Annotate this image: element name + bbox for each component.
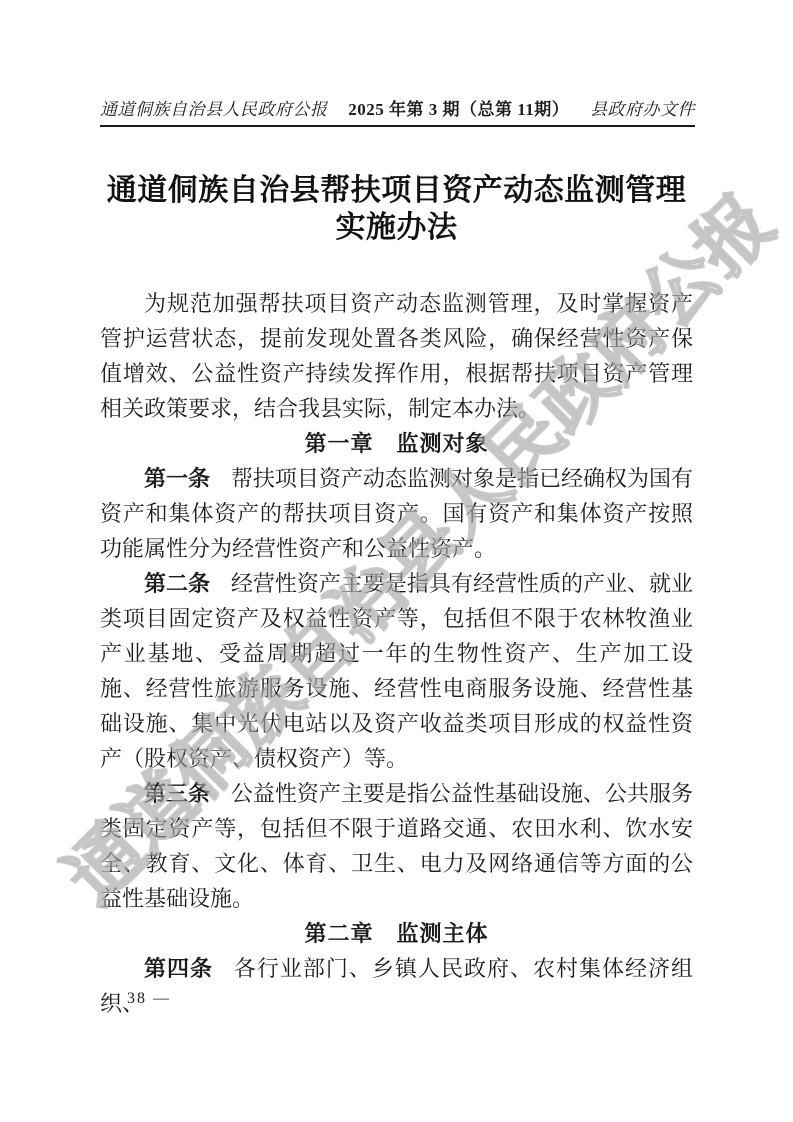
article-number: 第三条 bbox=[144, 781, 231, 806]
document-body: 为规范加强帮扶项目资产动态监测管理，及时掌握资产管护运营状态，提前发现处置各类风… bbox=[100, 286, 693, 1021]
article-number: 第一条 bbox=[144, 466, 231, 491]
header-issue-number: 2025 年第 3 期（总第 11期） bbox=[348, 100, 569, 120]
chapter-heading: 第二章 监测主体 bbox=[100, 916, 693, 951]
paragraph: 第一条帮扶项目资产动态监测对象是指已经确权为国有资产和集体资产的帮扶项目资产。国… bbox=[100, 461, 693, 566]
header-publication-name: 通道侗族自治县人民政府公报 bbox=[100, 100, 328, 120]
paragraph: 第四条各行业部门、乡镇人民政府、农村集体经济组织、 bbox=[100, 951, 693, 1021]
chapter-heading: 第一章 监测对象 bbox=[100, 426, 693, 461]
article-number: 第二条 bbox=[144, 571, 231, 596]
paragraph: 第三条公益性资产主要是指公益性基础设施、公共服务类固定资产等，包括但不限于道路交… bbox=[100, 776, 693, 916]
paragraph: 为规范加强帮扶项目资产动态监测管理，及时掌握资产管护运营状态，提前发现处置各类风… bbox=[100, 286, 693, 426]
document-title: 通道侗族自治县帮扶项目资产动态监测管理 实施办法 bbox=[100, 172, 693, 246]
page-number: — 38 — bbox=[103, 990, 171, 1008]
header-section-label: 县政府办文件 bbox=[590, 100, 695, 120]
gazette-page: 通道侗族自治县人民政府公报 2025 年第 3 期（总第 11期） 县政府办文件… bbox=[0, 0, 793, 1122]
article-number: 第四条 bbox=[144, 956, 234, 981]
document-title-line1: 通道侗族自治县帮扶项目资产动态监测管理 bbox=[100, 172, 693, 209]
document-title-line2: 实施办法 bbox=[100, 209, 693, 246]
running-header: 通道侗族自治县人民政府公报 2025 年第 3 期（总第 11期） 县政府办文件 bbox=[100, 100, 695, 127]
paragraph: 第二条经营性资产主要是指具有经营性质的产业、就业类项目固定资产及权益性资产等，包… bbox=[100, 566, 693, 776]
